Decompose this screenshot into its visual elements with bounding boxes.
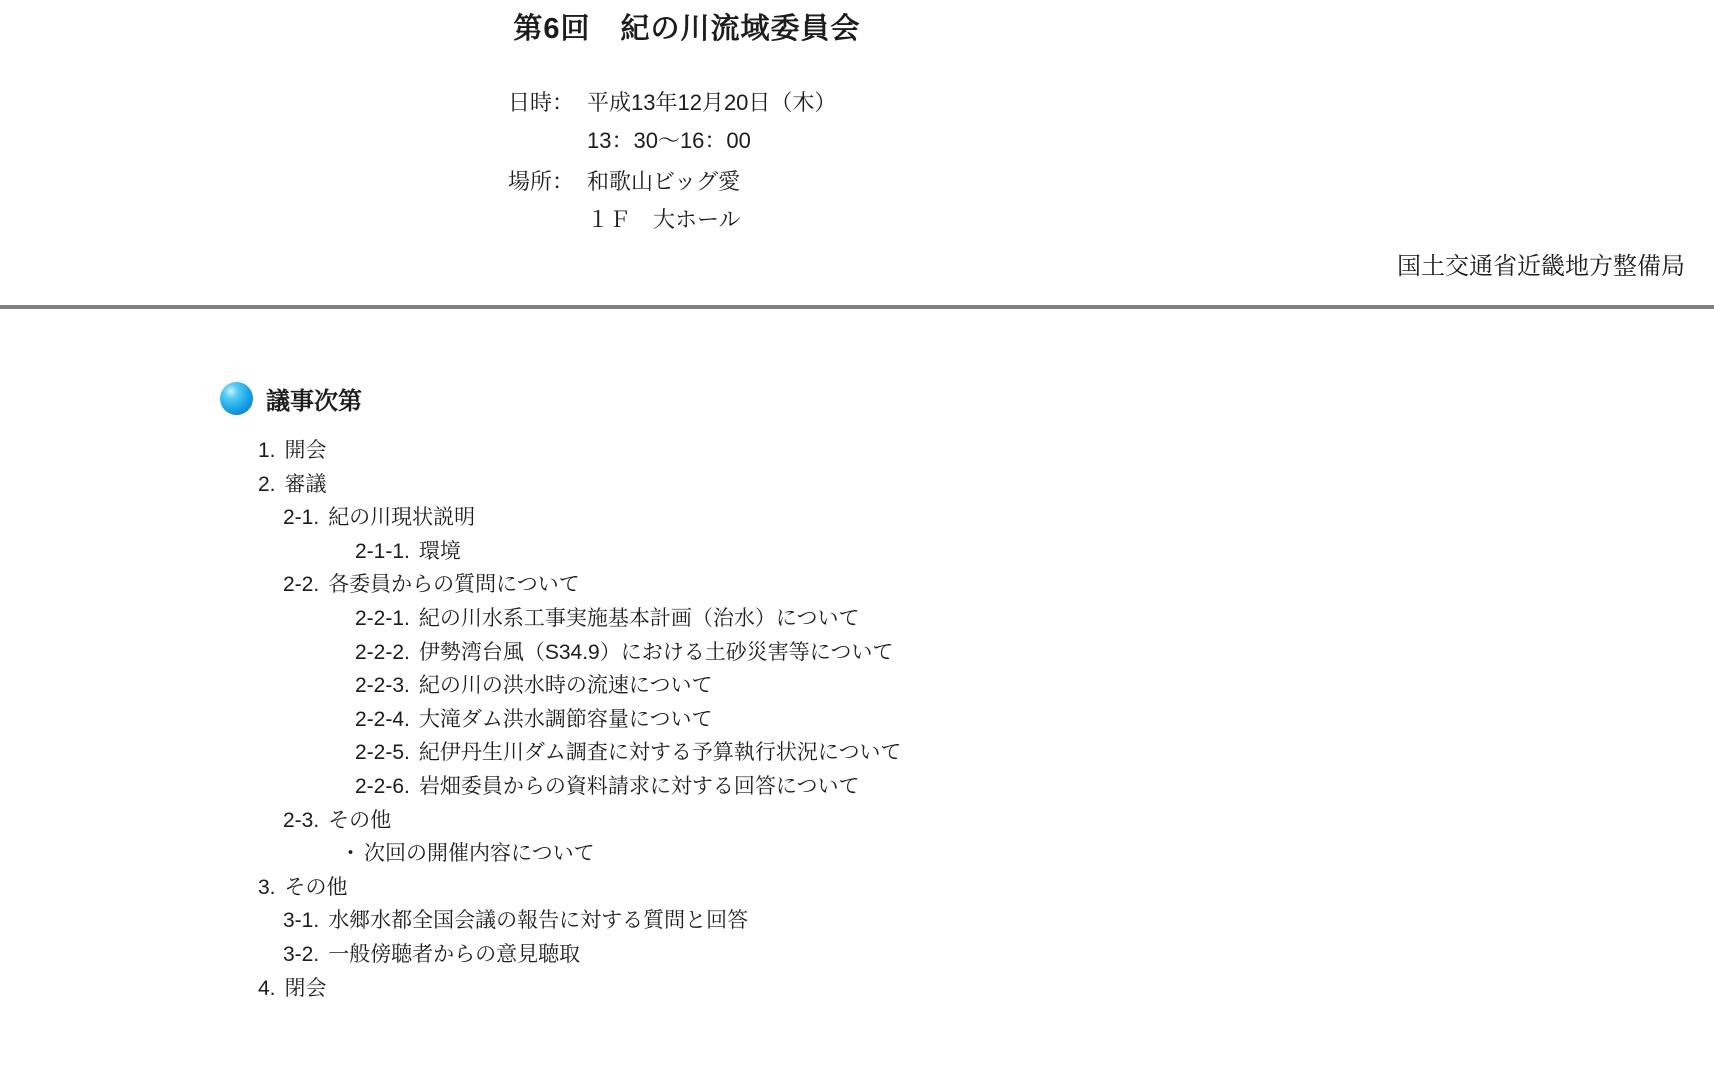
agenda-item-number: 2-1-1. (355, 535, 410, 569)
agenda-item: 2-2-5. 紀伊丹生川ダム調査に対する予算執行状況について (0, 736, 1714, 770)
agenda-item: 1. 開会 (0, 434, 1714, 468)
place-detail-row: １Ｆ 大ホール (508, 201, 836, 239)
agenda-item: 4. 閉会 (0, 972, 1714, 1006)
place-row: 場所： 和歌山ビッグ愛 (508, 163, 836, 201)
agenda-item-bullet: ・ (340, 837, 361, 871)
agenda-item-number: 2-2. (283, 568, 319, 602)
agenda-item-label: 紀の川現状説明 (328, 501, 475, 535)
agenda-item-label: その他 (328, 804, 391, 838)
agenda-item: 2-2-2. 伊勢湾台風（S34.9）における土砂災害等について (0, 636, 1714, 670)
agenda-item-number: 2-2-4. (355, 703, 410, 737)
agenda-item: 3. その他 (0, 871, 1714, 905)
agenda-item-number: 2-2-2. (355, 636, 410, 670)
agenda-item-number: 4. (258, 972, 276, 1006)
place-label: 場所： (508, 163, 587, 201)
document-page: 第6回 紀の川流域委員会 日時： 平成13年12月20日（木） 13：30～16… (0, 0, 1714, 1086)
time-spacer (508, 122, 587, 160)
agenda-item-label: 紀の川水系工事実施基本計画（治水）について (419, 602, 860, 636)
agenda-item-number: 2-3. (283, 804, 319, 838)
place-detail-spacer (508, 201, 587, 239)
agenda-item-number: 2-2-5. (355, 736, 410, 770)
horizontal-divider (0, 305, 1714, 309)
datetime-time: 13：30～16：00 (587, 122, 751, 160)
agenda-item-number: 3. (258, 871, 276, 905)
agenda-item: 3-1. 水郷水都全国会議の報告に対する質問と回答 (0, 904, 1714, 938)
agenda-item-label: 伊勢湾台風（S34.9）における土砂災害等について (419, 636, 893, 670)
agenda-item-label: 水郷水都全国会議の報告に対する質問と回答 (328, 904, 748, 938)
agenda-item-number: 2-2-3. (355, 669, 410, 703)
agenda-item-label: 大滝ダム洪水調節容量について (419, 703, 713, 737)
agenda-item-label: その他 (285, 871, 348, 905)
agenda-heading-label: 議事次第 (266, 381, 362, 416)
agenda-item: 2-1-1. 環境 (0, 535, 1714, 569)
agenda-item: 2-2-4. 大滝ダム洪水調節容量について (0, 703, 1714, 737)
agenda-item: 2-2-3. 紀の川の洪水時の流速について (0, 669, 1714, 703)
agenda-item-label: 開会 (285, 434, 327, 468)
agenda-item-label: 岩畑委員からの資料請求に対する回答について (419, 770, 860, 804)
agenda-item: 2-2-1. 紀の川水系工事実施基本計画（治水）について (0, 602, 1714, 636)
agenda-item-label: 紀伊丹生川ダム調査に対する予算執行状況について (419, 736, 902, 770)
agenda-item-label: 審議 (285, 468, 327, 502)
time-row: 13：30～16：00 (508, 122, 836, 160)
datetime-date: 平成13年12月20日（木） (587, 84, 836, 122)
agenda-list: 1. 開会 2. 審議 2-1. 紀の川現状説明 2-1-1. 環境 2-2. … (0, 434, 1714, 1005)
agenda-item: 2. 審議 (0, 468, 1714, 502)
agenda-item: ・ 次回の開催内容について (0, 837, 1714, 871)
agenda-item-label: 各委員からの質問について (328, 568, 580, 602)
agenda-item-number: 2. (258, 468, 276, 502)
agenda-item-label: 閉会 (285, 972, 327, 1006)
meeting-info: 日時： 平成13年12月20日（木） 13：30～16：00 場所： 和歌山ビッ… (508, 84, 836, 239)
agenda-item-number: 3-2. (283, 938, 319, 972)
datetime-row: 日時： 平成13年12月20日（木） (508, 84, 836, 122)
agenda-heading: 議事次第 (220, 381, 362, 416)
agenda-item: 3-2. 一般傍聴者からの意見聴取 (0, 938, 1714, 972)
place-detail: １Ｆ 大ホール (587, 201, 741, 239)
place-name: 和歌山ビッグ愛 (587, 163, 740, 201)
agenda-item-number: 2-1. (283, 501, 319, 535)
page-title: 第6回 紀の川流域委員会 (330, 6, 1044, 47)
agenda-item-label: 次回の開催内容について (364, 837, 595, 871)
blue-sphere-icon (220, 382, 253, 415)
agenda-item-number: 2-2-6. (355, 770, 410, 804)
datetime-label: 日時： (508, 84, 587, 122)
organization-name: 国土交通省近畿地方整備局 (1397, 246, 1685, 281)
agenda-item: 2-2. 各委員からの質問について (0, 568, 1714, 602)
agenda-item-number: 3-1. (283, 904, 319, 938)
agenda-item: 2-2-6. 岩畑委員からの資料請求に対する回答について (0, 770, 1714, 804)
agenda-item-number: 1. (258, 434, 276, 468)
agenda-item-number: 2-2-1. (355, 602, 410, 636)
agenda-item-label: 一般傍聴者からの意見聴取 (328, 938, 580, 972)
agenda-item-label: 環境 (419, 535, 461, 569)
agenda-item: 2-3. その他 (0, 804, 1714, 838)
agenda-item: 2-1. 紀の川現状説明 (0, 501, 1714, 535)
agenda-item-label: 紀の川の洪水時の流速について (419, 669, 713, 703)
